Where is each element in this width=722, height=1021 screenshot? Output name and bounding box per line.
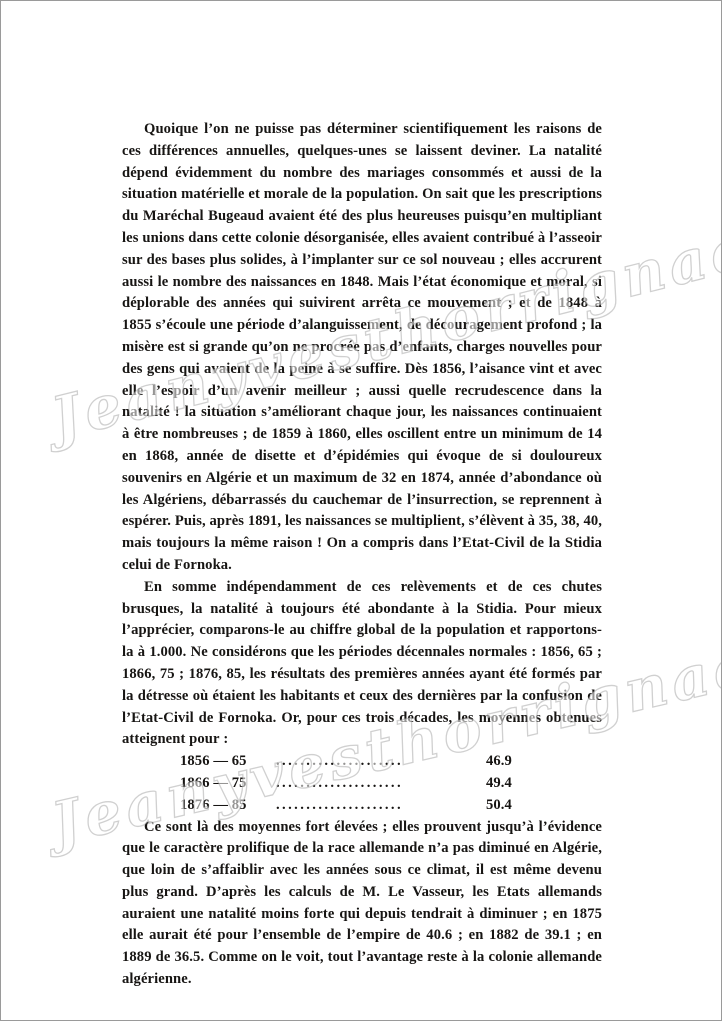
average-value: 49.4 [486, 773, 532, 795]
paragraph-conclusion: Ce sont là des moyennes fort élevées ; e… [122, 817, 602, 991]
dot-leader: ..................... [276, 773, 478, 795]
body-text-block: Quoique l’on ne puisse pas déterminer sc… [122, 119, 602, 991]
paragraph-natality-causes: Quoique l’on ne puisse pas déterminer sc… [122, 119, 602, 577]
table-row: 1876 — 85 ..................... 50.4 [180, 795, 532, 817]
average-value: 46.9 [486, 751, 532, 773]
scanned-book-page: Jeanyvesthorrignac.fr Jeanyvesthorrignac… [0, 0, 722, 1021]
decade-label: 1866 — 75 [180, 773, 276, 795]
paragraph-decennial-periods: En somme indépendamment de ces relèvemen… [122, 577, 602, 751]
decade-averages-table: 1856 — 65 ..................... 46.9 186… [180, 751, 532, 816]
average-value: 50.4 [486, 795, 532, 817]
table-row: 1866 — 75 ..................... 49.4 [180, 773, 532, 795]
decade-label: 1856 — 65 [180, 751, 276, 773]
decade-label: 1876 — 85 [180, 795, 276, 817]
table-row: 1856 — 65 ..................... 46.9 [180, 751, 532, 773]
dot-leader: ..................... [276, 751, 478, 773]
dot-leader: ..................... [276, 795, 478, 817]
